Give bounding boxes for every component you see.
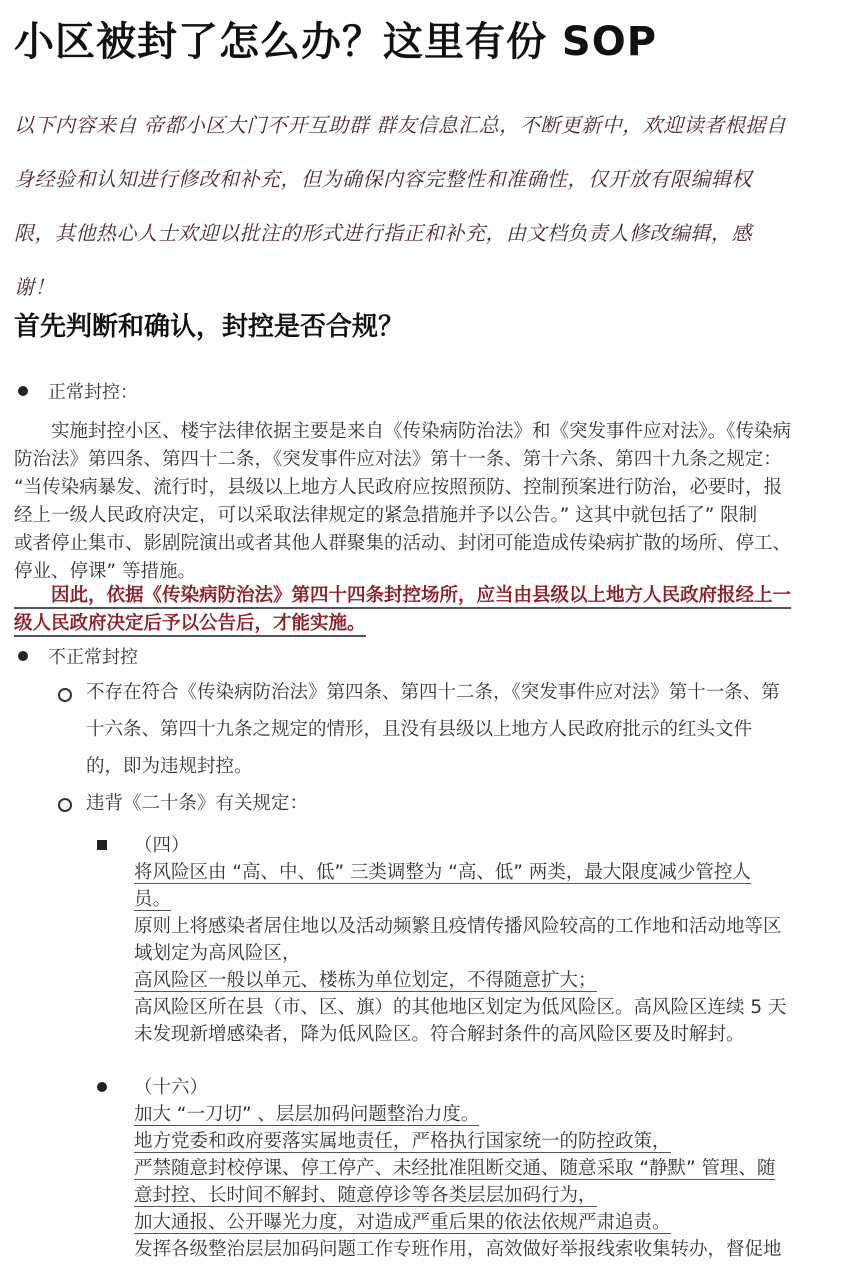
clause-line: 发挥各级整治层层加码问题工作专班作用，高效做好举报线索收集转办，督促地 [134,1236,782,1263]
bullet-circle-icon [58,798,72,812]
item-line: 的，即为违规封控。 [86,748,780,785]
paragraph-line: “当传染病暴发、流行时，县级以上地方人民政府应按照预防、控制预案进行防治，必要时… [14,474,840,502]
highlight-line: 级人民政府决定后予以公告后，才能实施。 [14,613,366,637]
paragraph-line: 实施封控小区、楼宇法律依据主要是来自《传染病防治法》和《突发事件应对法》。《传染… [14,418,840,446]
abnormal-lockdown-label: 不正常封控 [48,643,138,669]
bullet-dot-icon [97,1082,107,1092]
normal-lockdown-item: 正常封控： [18,378,138,404]
clause-number: （十六） [134,1074,782,1101]
paragraph-line: 防治法》第四条、第四十二条，《突发事件应对法》第十一条、第十六条、第四十九条之规… [14,446,840,474]
abnormal-item-no-legal-basis: 不存在符合《传染病防治法》第四条、第四十二条，《突发事件应对法》第十一条、第 十… [86,674,780,785]
intro-line: 身经验和认知进行修改和补充，但为确保内容完整性和准确性，仅开放有限编辑权 [14,152,834,206]
bullet-circle-icon [58,688,72,702]
clause-line: 员。 [134,889,171,911]
highlight-line: 因此，依据《传染病防治法》第四十四条封控场所，应当由县级以上地方人民政府报经上一 [14,585,791,609]
normal-lockdown-label: 正常封控： [48,378,138,404]
clause-line: 加大通报、公开曝光力度，对造成严重后果的依法依规严肃追责。 [134,1212,671,1234]
bullet-square-icon [97,840,107,850]
clause-line: 意封控、长时间不解封、随意停诊等各类层层加码行为， [134,1185,597,1207]
clause-line: 未发现新增感染者，降为低风险区。符合解封条件的高风险区要及时解封。 [134,1021,787,1048]
clause-line: 严禁随意封校停课、停工停产、未经批准阻断交通、随意采取 “静默” 管理、随 [134,1158,775,1180]
legal-basis-highlight: 因此，依据《传染病防治法》第四十四条封控场所，应当由县级以上地方人民政府报经上一… [14,582,791,638]
item-line: 违背《二十条》有关规定： [86,785,308,822]
item-line: 不存在符合《传染病防治法》第四条、第四十二条，《突发事件应对法》第十一条、第 [86,674,780,711]
abnormal-item-twenty-rules: 违背《二十条》有关规定： [86,785,308,822]
page-title: 小区被封了怎么办？这里有份 SOP [14,10,657,67]
clause-line: 高风险区所在县（市、区、旗）的其他地区划定为低风险区。高风险区连续 5 天 [134,994,787,1021]
intro-note: 以下内容来自 帝都小区大门不开互助群 群友信息汇总，不断更新中，欢迎读者根据自 … [14,98,834,314]
paragraph-line: 或者停止集市、影剧院演出或者其他人群聚集的活动、封闭可能造成传染病扩散的场所、停… [14,530,840,558]
abnormal-lockdown-item: 不正常封控 [18,643,138,669]
clause-4: （四） 将风险区由 “高、中、低” 三类调整为 “高、低” 两类，最大限度减少管… [134,832,787,1048]
clause-number: （四） [134,832,787,859]
clause-line: 将风险区由 “高、中、低” 三类调整为 “高、低” 两类，最大限度减少管控人 [134,862,751,884]
clause-line: 原则上将感染者居住地以及活动频繁且疫情传播风险较高的工作地和活动地等区 [134,913,787,940]
intro-line: 以下内容来自 帝都小区大门不开互助群 群友信息汇总，不断更新中，欢迎读者根据自 [14,98,834,152]
item-line: 十六条、第四十九条之规定的情形，且没有县级以上地方人民政府批示的红头文件 [86,711,780,748]
bullet-dot-icon [18,651,28,661]
clause-line: 域划定为高风险区， [134,940,787,967]
section-heading: 首先判断和确认，封控是否合规？ [14,306,404,343]
clause-16: （十六） 加大 “一刀切” 、层层加码问题整治力度。 地方党委和政府要落实属地责… [134,1074,782,1263]
paragraph-line: 经上一级人民政府决定，可以采取法律规定的紧急措施并予以公告。” 这其中就包括了”… [14,502,840,530]
bullet-dot-icon [18,386,28,396]
clause-line: 高风险区一般以单元、楼栋为单位划定，不得随意扩大； [134,970,597,992]
normal-lockdown-paragraph: 实施封控小区、楼宇法律依据主要是来自《传染病防治法》和《突发事件应对法》。《传染… [14,418,840,586]
intro-line: 限，其他热心人士欢迎以批注的形式进行指正和补充，由文档负责人修改编辑，感 [14,206,834,260]
clause-line: 加大 “一刀切” 、层层加码问题整治力度。 [134,1104,479,1126]
clause-line: 地方党委和政府要落实属地责任，严格执行国家统一的防控政策， [134,1131,671,1153]
